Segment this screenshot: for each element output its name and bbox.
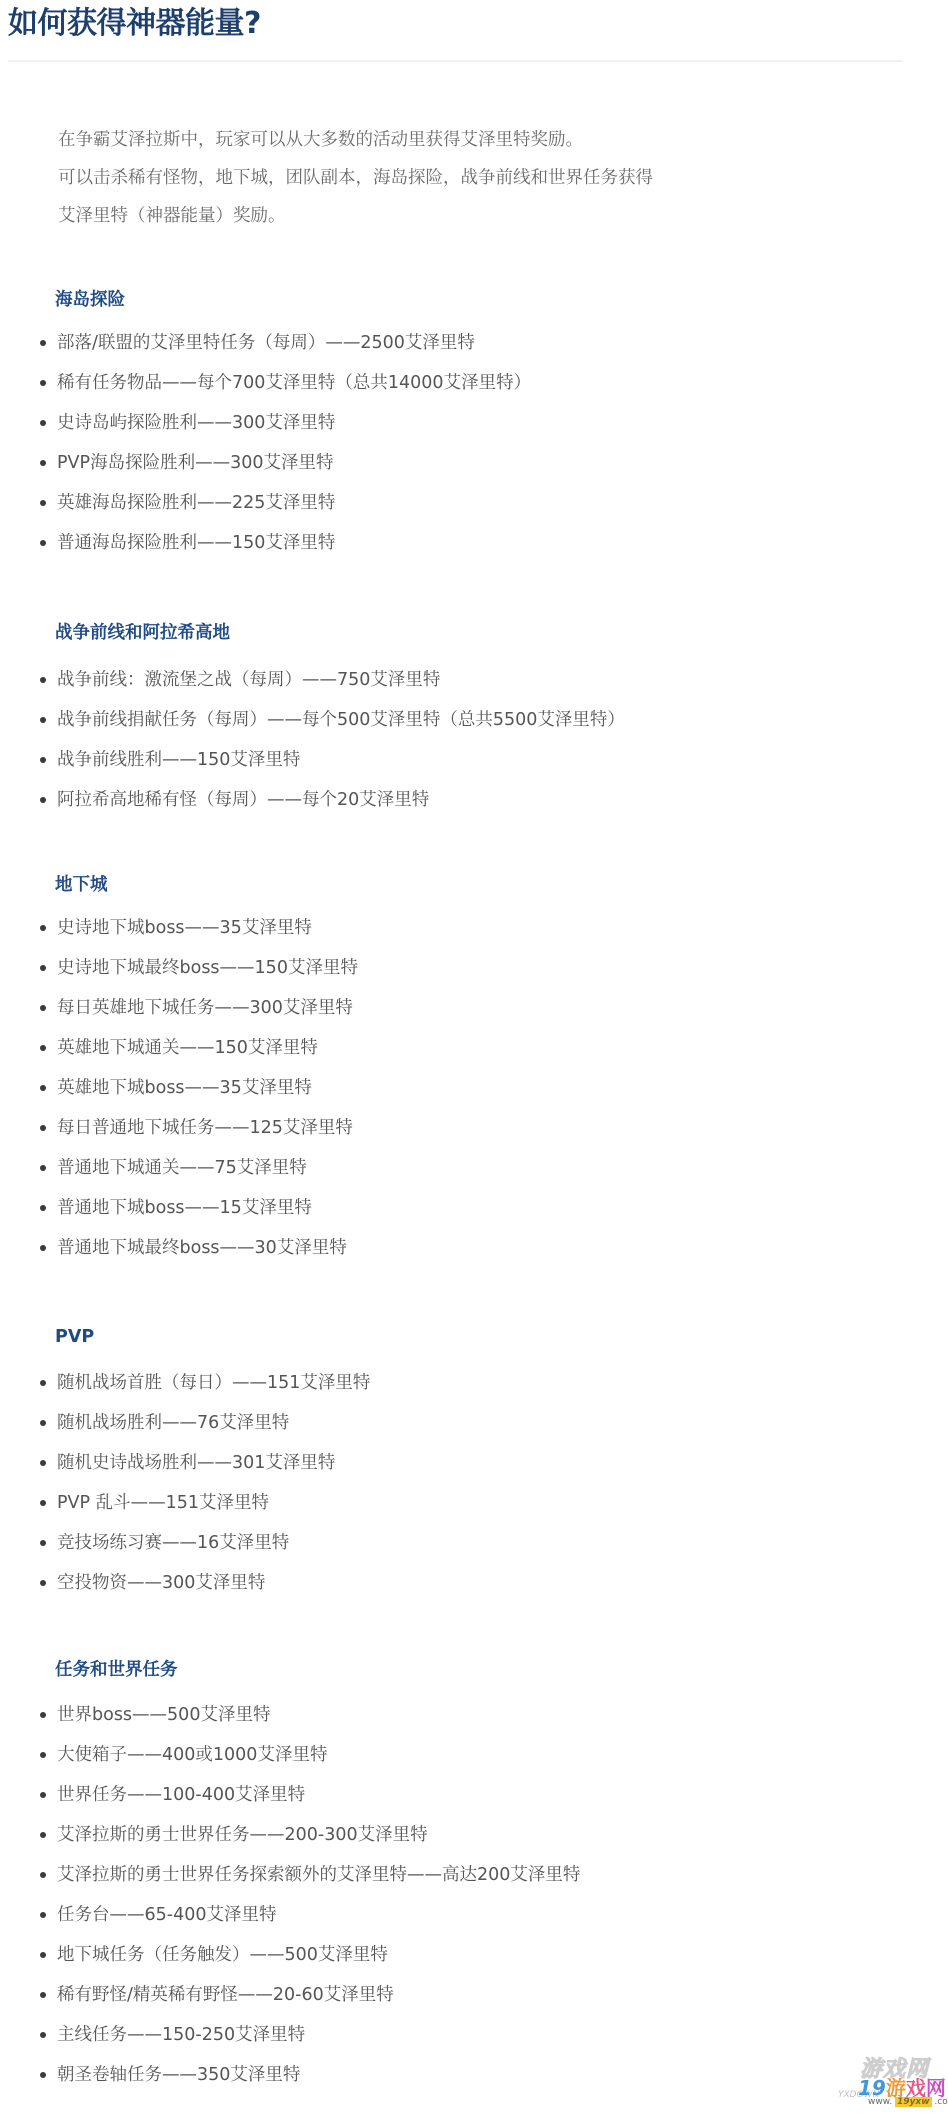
list-item: 英雄海岛探险胜利——225艾泽里特 <box>0 483 531 523</box>
list-item-text: 稀有任务物品——每个700艾泽里特（总共14000艾泽里特） <box>57 373 531 393</box>
list-item: 世界任务——100-400艾泽里特 <box>0 1775 580 1815</box>
list-item-text: 战争前线：激流堡之战（每周）——750艾泽里特 <box>57 670 440 690</box>
item-list: 随机战场首胜（每日）——151艾泽里特 随机战场胜利——76艾泽里特 随机史诗战… <box>0 1363 370 1603</box>
list-item-text: 普通地下城boss——15艾泽里特 <box>57 1198 312 1218</box>
bullet-icon <box>40 460 46 466</box>
item-list: 战争前线：激流堡之战（每周）——750艾泽里特 战争前线捐献任务（每周）——每个… <box>0 660 625 820</box>
bullet-icon <box>40 1205 46 1211</box>
list-item: 阿拉希高地稀有怪（每周）——每个20艾泽里特 <box>0 780 625 820</box>
list-item-text: 地下城任务（任务触发）——500艾泽里特 <box>57 1945 388 1965</box>
watermark-url: www. 19yxw .com <box>868 2097 948 2107</box>
list-item-text: 史诗地下城boss——35艾泽里特 <box>57 918 312 938</box>
list-item: 战争前线胜利——150艾泽里特 <box>0 740 625 780</box>
list-item-text: 英雄地下城boss——35艾泽里特 <box>57 1078 312 1098</box>
list-item: 稀有野怪/精英稀有野怪——20-60艾泽里特 <box>0 1975 580 2015</box>
list-item: 每日英雄地下城任务——300艾泽里特 <box>0 988 358 1028</box>
section-heading: PVP <box>55 1325 94 1349</box>
bullet-icon <box>40 1580 46 1586</box>
bullet-icon <box>40 1245 46 1251</box>
list-item-text: 艾泽拉斯的勇士世界任务探索额外的艾泽里特——高达200艾泽里特 <box>57 1865 580 1885</box>
title-divider <box>8 60 903 62</box>
list-item: 朝圣卷轴任务——350艾泽里特 <box>0 2055 580 2095</box>
list-item: 随机战场首胜（每日）——151艾泽里特 <box>0 1363 370 1403</box>
bullet-icon <box>40 1125 46 1131</box>
item-list: 史诗地下城boss——35艾泽里特 史诗地下城最终boss——150艾泽里特 每… <box>0 908 358 1268</box>
list-item: 随机战场胜利——76艾泽里特 <box>0 1403 370 1443</box>
list-item: 地下城任务（任务触发）——500艾泽里特 <box>0 1935 580 1975</box>
list-item-text: 竞技场练习赛——16艾泽里特 <box>57 1533 289 1553</box>
bullet-icon <box>40 500 46 506</box>
item-list: 世界boss——500艾泽里特 大使箱子——400或1000艾泽里特 世界任务—… <box>0 1695 580 2095</box>
intro-line: 艾泽里特（神器能量）奖励。 <box>58 197 653 235</box>
bullet-icon <box>40 1832 46 1838</box>
list-item: 竞技场练习赛——16艾泽里特 <box>0 1523 370 1563</box>
site-watermark-logo: 游戏网 YXDOWN 19游戏网 www. 19yxw .com <box>838 2052 946 2114</box>
list-item-text: 大使箱子——400或1000艾泽里特 <box>57 1745 327 1765</box>
list-item: 主线任务——150-250艾泽里特 <box>0 2015 580 2055</box>
list-item: 史诗地下城最终boss——150艾泽里特 <box>0 948 358 988</box>
list-item-text: 艾泽拉斯的勇士世界任务——200-300艾泽里特 <box>57 1825 428 1845</box>
list-item: 稀有任务物品——每个700艾泽里特（总共14000艾泽里特） <box>0 363 531 403</box>
bullet-icon <box>40 1045 46 1051</box>
bullet-icon <box>40 965 46 971</box>
intro-paragraph: 在争霸艾泽拉斯中，玩家可以从大多数的活动里获得艾泽里特奖励。 可以击杀稀有怪物，… <box>58 121 653 235</box>
list-item: PVP 乱斗——151艾泽里特 <box>0 1483 370 1523</box>
bullet-icon <box>40 1165 46 1171</box>
list-item-text: 随机战场首胜（每日）——151艾泽里特 <box>57 1373 370 1393</box>
list-item: 普通地下城boss——15艾泽里特 <box>0 1188 358 1228</box>
list-item: 普通地下城通关——75艾泽里特 <box>0 1148 358 1188</box>
list-item: 普通海岛探险胜利——150艾泽里特 <box>0 523 531 563</box>
bullet-icon <box>40 420 46 426</box>
list-item: 大使箱子——400或1000艾泽里特 <box>0 1735 580 1775</box>
list-item-text: 任务台——65-400艾泽里特 <box>57 1905 276 1925</box>
list-item-text: 世界任务——100-400艾泽里特 <box>57 1785 305 1805</box>
bullet-icon <box>40 925 46 931</box>
bullet-icon <box>40 2072 46 2078</box>
list-item: 战争前线捐献任务（每周）——每个500艾泽里特（总共5500艾泽里特） <box>0 700 625 740</box>
list-item-text: 朝圣卷轴任务——350艾泽里特 <box>57 2065 300 2085</box>
list-item-text: PVP海岛探险胜利——300艾泽里特 <box>57 453 333 473</box>
list-item-text: 战争前线胜利——150艾泽里特 <box>57 750 300 770</box>
bullet-icon <box>40 1460 46 1466</box>
bullet-icon <box>40 1752 46 1758</box>
bullet-icon <box>40 1380 46 1386</box>
bullet-icon <box>40 1912 46 1918</box>
intro-line: 在争霸艾泽拉斯中，玩家可以从大多数的活动里获得艾泽里特奖励。 <box>58 121 653 159</box>
item-list: 部落/联盟的艾泽里特任务（每周）——2500艾泽里特 稀有任务物品——每个700… <box>0 323 531 563</box>
list-item: 艾泽拉斯的勇士世界任务——200-300艾泽里特 <box>0 1815 580 1855</box>
list-item-text: 史诗岛屿探险胜利——300艾泽里特 <box>57 413 335 433</box>
list-item-text: 普通海岛探险胜利——150艾泽里特 <box>57 533 335 553</box>
section-heading: 任务和世界任务 <box>55 1658 178 1682</box>
list-item-text: 每日普通地下城任务——125艾泽里特 <box>57 1118 353 1138</box>
section-heading: 战争前线和阿拉希高地 <box>55 621 230 645</box>
list-item-text: 主线任务——150-250艾泽里特 <box>57 2025 305 2045</box>
section-heading: 地下城 <box>55 873 108 897</box>
list-item: 空投物资——300艾泽里特 <box>0 1563 370 1603</box>
list-item: 普通地下城最终boss——30艾泽里特 <box>0 1228 358 1268</box>
list-item: 部落/联盟的艾泽里特任务（每周）——2500艾泽里特 <box>0 323 531 363</box>
list-item-text: 部落/联盟的艾泽里特任务（每周）——2500艾泽里特 <box>57 333 475 353</box>
bullet-icon <box>40 1005 46 1011</box>
bullet-icon <box>40 1872 46 1878</box>
list-item: PVP海岛探险胜利——300艾泽里特 <box>0 443 531 483</box>
section-heading: 海岛探险 <box>55 288 125 312</box>
list-item-text: 世界boss——500艾泽里特 <box>57 1705 270 1725</box>
bullet-icon <box>40 797 46 803</box>
bullet-icon <box>40 1992 46 1998</box>
bullet-icon <box>40 677 46 683</box>
bullet-icon <box>40 1420 46 1426</box>
watermark-url-prefix: www. <box>868 2097 892 2107</box>
list-item-text: 阿拉希高地稀有怪（每周）——每个20艾泽里特 <box>57 790 429 810</box>
list-item: 英雄地下城boss——35艾泽里特 <box>0 1068 358 1108</box>
list-item-text: 英雄地下城通关——150艾泽里特 <box>57 1038 318 1058</box>
list-item-text: PVP 乱斗——151艾泽里特 <box>57 1493 269 1513</box>
list-item: 艾泽拉斯的勇士世界任务探索额外的艾泽里特——高达200艾泽里特 <box>0 1855 580 1895</box>
list-item: 战争前线：激流堡之战（每周）——750艾泽里特 <box>0 660 625 700</box>
bullet-icon <box>40 1792 46 1798</box>
list-item-text: 英雄海岛探险胜利——225艾泽里特 <box>57 493 335 513</box>
intro-line: 可以击杀稀有怪物，地下城，团队副本，海岛探险，战争前线和世界任务获得 <box>58 159 653 197</box>
page-title: 如何获得神器能量? <box>8 4 261 44</box>
list-item-text: 战争前线捐献任务（每周）——每个500艾泽里特（总共5500艾泽里特） <box>57 710 625 730</box>
bullet-icon <box>40 2032 46 2038</box>
list-item: 英雄地下城通关——150艾泽里特 <box>0 1028 358 1068</box>
bullet-icon <box>40 1500 46 1506</box>
bullet-icon <box>40 1712 46 1718</box>
watermark-url-badge: 19yxw <box>895 2097 932 2107</box>
list-item-text: 每日英雄地下城任务——300艾泽里特 <box>57 998 353 1018</box>
list-item: 随机史诗战场胜利——301艾泽里特 <box>0 1443 370 1483</box>
bullet-icon <box>40 1540 46 1546</box>
bullet-icon <box>40 380 46 386</box>
bullet-icon <box>40 717 46 723</box>
list-item: 每日普通地下城任务——125艾泽里特 <box>0 1108 358 1148</box>
list-item: 任务台——65-400艾泽里特 <box>0 1895 580 1935</box>
bullet-icon <box>40 540 46 546</box>
list-item-text: 空投物资——300艾泽里特 <box>57 1573 265 1593</box>
bullet-icon <box>40 1952 46 1958</box>
list-item: 世界boss——500艾泽里特 <box>0 1695 580 1735</box>
list-item-text: 随机史诗战场胜利——301艾泽里特 <box>57 1453 335 1473</box>
bullet-icon <box>40 757 46 763</box>
watermark-url-suffix: .com <box>934 2097 948 2107</box>
list-item-text: 稀有野怪/精英稀有野怪——20-60艾泽里特 <box>57 1985 394 2005</box>
list-item-text: 史诗地下城最终boss——150艾泽里特 <box>57 958 358 978</box>
list-item: 史诗地下城boss——35艾泽里特 <box>0 908 358 948</box>
list-item-text: 普通地下城最终boss——30艾泽里特 <box>57 1238 347 1258</box>
list-item-text: 随机战场胜利——76艾泽里特 <box>57 1413 289 1433</box>
list-item-text: 普通地下城通关——75艾泽里特 <box>57 1158 307 1178</box>
list-item: 史诗岛屿探险胜利——300艾泽里特 <box>0 403 531 443</box>
bullet-icon <box>40 340 46 346</box>
bullet-icon <box>40 1085 46 1091</box>
